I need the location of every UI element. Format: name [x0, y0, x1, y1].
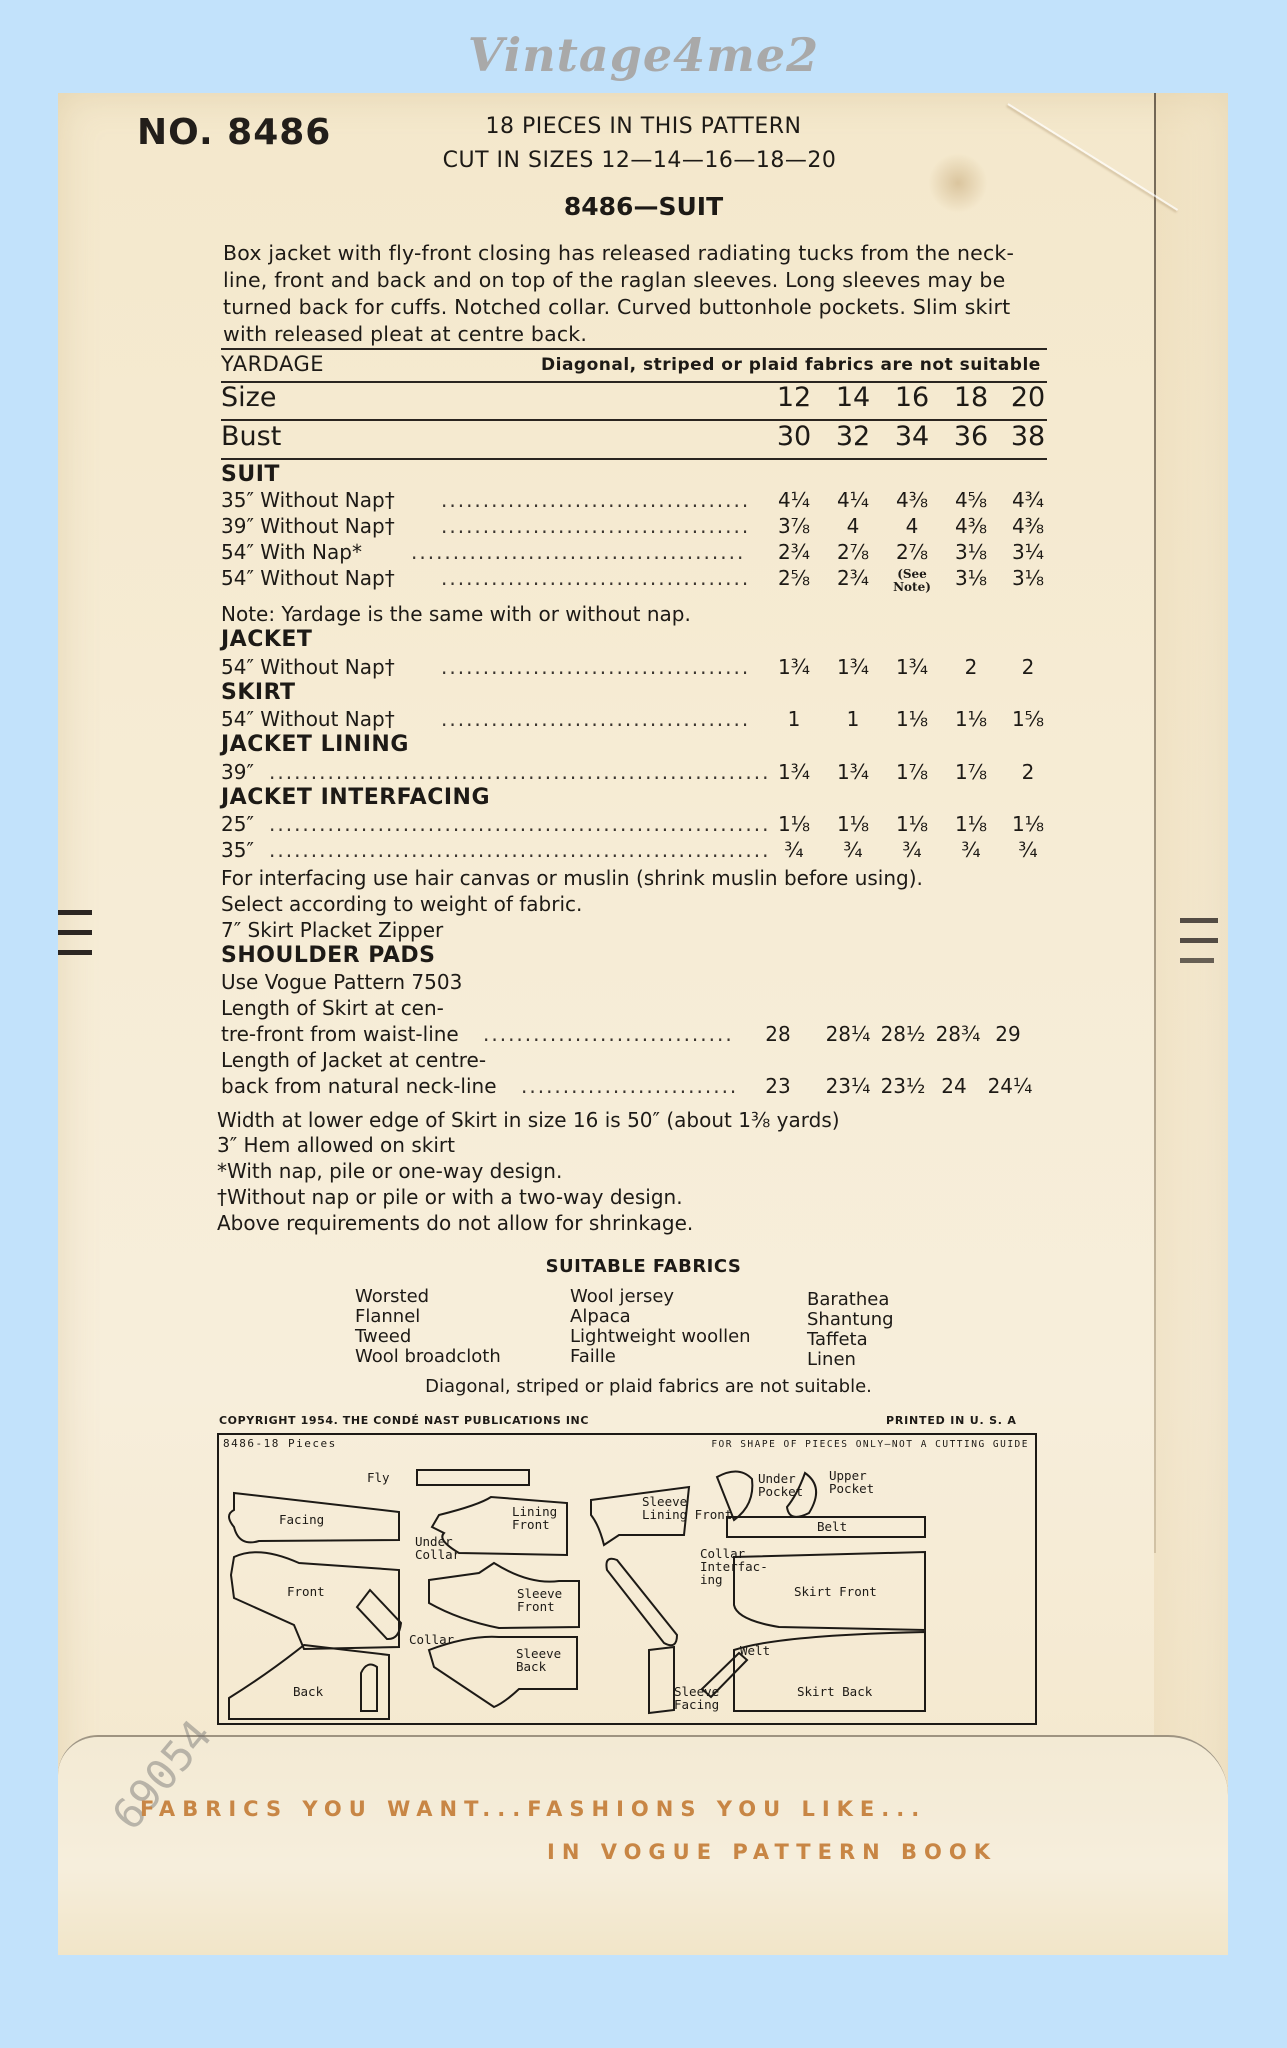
row-label: 54″ Without Nap† [221, 655, 395, 679]
binding-mark [58, 930, 92, 935]
slogan-line-2: IN VOGUE PATTERN BOOK [547, 1840, 997, 1864]
paper-edge-band [1154, 93, 1228, 1953]
size-row: Size 12 14 16 18 20 [221, 382, 1047, 418]
yardage-row: 54″ Without Nap† .......................… [221, 707, 1047, 735]
yardage-value: 2⅞ [885, 540, 939, 564]
section-title: JACKET LINING [221, 732, 409, 757]
diagram-title: 8486-18 Pieces [223, 1437, 337, 1450]
yardage-row: 39″ ....................................… [221, 760, 1047, 788]
size-value: 16 [885, 382, 939, 413]
leader-dots: ..................................... [441, 488, 781, 512]
yardage-value: 1¾ [767, 760, 821, 784]
note-text: Length of Jacket at centre- [221, 1048, 486, 1072]
yardage-value: ¾ [767, 838, 821, 862]
yardage-value: 4¼ [767, 488, 821, 512]
fabric-item: Flannel [355, 1307, 501, 1327]
piece-sleeve-front: Sleeve Front [517, 1587, 562, 1613]
section-title: SHOULDER PADS [221, 943, 435, 968]
size-label: Size [221, 382, 276, 413]
yardage-value: 3⅞ [767, 514, 821, 538]
fabric-item: Faille [570, 1347, 751, 1367]
piece-facing: Facing [279, 1513, 324, 1526]
yardage-value: 1¾ [826, 760, 880, 784]
length-value: 28¼ [821, 1022, 875, 1046]
jacket-length-label: Length of Jacket at centre- [221, 1048, 1047, 1076]
yardage-value: 2¾ [826, 566, 880, 590]
yardage-value: 2 [944, 655, 998, 679]
yardage-row: 54″ Without Nap† .......................… [221, 655, 1047, 683]
bust-label: Bust [221, 421, 281, 452]
fabric-item: Linen [807, 1350, 894, 1370]
section-title: SKIRT [221, 680, 296, 705]
row-label: 35″ Without Nap† [221, 488, 395, 512]
yardage-value: 4 [885, 514, 939, 538]
yardage-row: 54″ Without Nap† .......................… [221, 566, 1047, 594]
piece-collar-interfacing: Collar Interfac- ing [700, 1547, 768, 1586]
yardage-value: ¾ [885, 838, 939, 862]
suitable-fabrics-title: SUITABLE FABRICS [0, 1256, 1287, 1277]
note-text: Above requirements do not allow for shri… [217, 1211, 693, 1235]
fabric-item: Alpaca [570, 1307, 751, 1327]
yardage-value: 3⅛ [944, 540, 998, 564]
piece-belt: Belt [817, 1520, 847, 1533]
yardage-value: 4⅜ [944, 514, 998, 538]
yardage-value: ¾ [826, 838, 880, 862]
footnote: Width at lower edge of Skirt in size 16 … [217, 1108, 1043, 1136]
footnote: 3″ Hem allowed on skirt [217, 1133, 1043, 1161]
bust-value: 32 [826, 421, 880, 452]
pieces-count: 18 PIECES IN THIS PATTERN [0, 114, 1287, 139]
pattern-pieces-diagram: 8486-18 Pieces FOR SHAPE OF PIECES ONLY—… [217, 1433, 1037, 1725]
leader-dots: ........................................… [269, 812, 781, 836]
piece-sleeve-facing: Sleeve Facing [674, 1685, 719, 1711]
row-label: 39″ [221, 760, 254, 784]
nap-note: Note: Yardage is the same with or withou… [221, 602, 1047, 630]
yardage-row: 25″ ....................................… [221, 812, 1047, 840]
section-title: SUIT [221, 462, 280, 487]
piece-under-collar: Under Collar [415, 1535, 460, 1561]
watermark-logo: Vintage4me2 [0, 28, 1287, 82]
yardage-header-row: YARDAGE Diagonal, striped or plaid fabri… [221, 352, 1047, 380]
length-value: 23½ [876, 1074, 930, 1098]
note-text: Length of Skirt at cen- [221, 996, 444, 1020]
section-jacket-lining: JACKET LINING [221, 732, 1047, 760]
pattern-title: 8486—SUIT [0, 192, 1287, 221]
yardage-value: 2⅞ [826, 540, 880, 564]
row-label: 54″ Without Nap† [221, 566, 395, 590]
fabric-item: Tweed [355, 1327, 501, 1347]
section-jacket-interfacing: JACKET INTERFACING [221, 785, 1047, 813]
length-value: 24¼ [983, 1074, 1037, 1098]
section-title: JACKET [221, 627, 312, 652]
fabric-column: Barathea Shantung Taffeta Linen [807, 1290, 894, 1370]
sizes-line: CUT IN SIZES 12—14—16—18—20 [0, 148, 1283, 173]
fabric-column: Wool jersey Alpaca Lightweight woollen F… [570, 1287, 751, 1367]
yardage-row: 35″ ....................................… [221, 838, 1047, 866]
yardage-value: 1⅛ [944, 707, 998, 731]
row-label: 25″ [221, 812, 254, 836]
yardage-value: 2¾ [767, 540, 821, 564]
slogan-line-1: FABRICS YOU WANT...FASHIONS YOU LIKE... [140, 1797, 926, 1821]
piece-fly: Fly [367, 1471, 390, 1484]
table-rule [221, 348, 1047, 350]
length-value: 23¼ [821, 1074, 875, 1098]
yardage-value: ¾ [1001, 838, 1055, 862]
row-label: 39″ Without Nap† [221, 514, 395, 538]
yardage-value: 1⅝ [1001, 707, 1055, 731]
yardage-value: 4¾ [1001, 488, 1055, 512]
note-text: For interfacing use hair canvas or musli… [221, 866, 923, 890]
piece-skirt-front: Skirt Front [794, 1585, 877, 1598]
section-shoulder-pads: SHOULDER PADS [221, 943, 1047, 971]
note-text: 3″ Hem allowed on skirt [217, 1133, 455, 1157]
section-suit: SUIT [221, 462, 1047, 490]
pieces-outline-drawing [219, 1435, 1035, 1723]
piece-lining-front: Lining Front [512, 1505, 557, 1531]
leader-dots: ..................................... [441, 655, 781, 679]
length-value: 28½ [876, 1022, 930, 1046]
jacket-length-row: back from natural neck-line ............… [221, 1074, 1047, 1102]
length-value: 28 [751, 1022, 805, 1046]
yardage-value: 1 [826, 707, 880, 731]
piece-welt: Welt [740, 1644, 770, 1657]
fabric-item: Shantung [807, 1310, 894, 1330]
leader-dots: .......................... [521, 1074, 768, 1098]
yardage-value: 2 [1001, 760, 1055, 784]
leader-dots: ........................................ [411, 540, 781, 564]
leader-dots: ........................................… [269, 760, 781, 784]
size-value: 20 [1001, 382, 1055, 413]
bust-value: 34 [885, 421, 939, 452]
interfacing-note: Select according to weight of fabric. [221, 892, 1047, 920]
piece-upper-pocket: Upper Pocket [829, 1469, 874, 1495]
yardage-value: 4 [826, 514, 880, 538]
printed-in: PRINTED IN U. S. A [886, 1414, 1017, 1427]
skirt-length-label: Length of Skirt at cen- [221, 996, 1047, 1024]
yardage-value: 1⅛ [767, 812, 821, 836]
note-text: *With nap, pile or one-way design. [217, 1159, 562, 1183]
size-value: 12 [767, 382, 821, 413]
binding-mark [58, 910, 92, 915]
yardage-value: 4⅝ [944, 488, 998, 512]
yardage-row: 39″ Without Nap† .......................… [221, 514, 1047, 542]
fabric-item: Wool jersey [570, 1287, 751, 1307]
leader-dots: ........................................… [269, 838, 781, 862]
yardage-row: 54″ With Nap* ..........................… [221, 540, 1047, 568]
footnote: Above requirements do not allow for shri… [217, 1211, 1043, 1239]
length-value: 23 [751, 1074, 805, 1098]
note-text: †Without nap or pile or with a two-way d… [217, 1185, 683, 1209]
leader-dots: ..................................... [441, 566, 781, 590]
size-value: 14 [826, 382, 880, 413]
bust-row: Bust 30 32 34 36 38 [221, 421, 1047, 457]
note-text: Note: Yardage is the same with or withou… [221, 602, 691, 626]
bust-value: 30 [767, 421, 821, 452]
yardage-heading-note: Diagonal, striped or plaid fabrics are n… [541, 355, 1041, 375]
length-value: 29 [981, 1022, 1035, 1046]
size-value: 18 [944, 382, 998, 413]
interfacing-note: For interfacing use hair canvas or musli… [221, 866, 1047, 894]
row-label: 54″ Without Nap† [221, 707, 395, 731]
yardage-value: 2⅝ [767, 566, 821, 590]
yardage-value: 1⅛ [885, 707, 939, 731]
yardage-value: 1⅛ [944, 812, 998, 836]
note-text: Width at lower edge of Skirt in size 16 … [217, 1108, 840, 1132]
fabric-column: Worsted Flannel Tweed Wool broadcloth [355, 1287, 501, 1367]
yardage-value: 4⅜ [1001, 514, 1055, 538]
yardage-value: 1⅞ [885, 760, 939, 784]
length-value: 24 [927, 1074, 981, 1098]
note-text: 7″ Skirt Placket Zipper [221, 918, 443, 942]
yardage-value: 1⅛ [826, 812, 880, 836]
bust-value: 38 [1001, 421, 1055, 452]
yardage-value: 4¼ [826, 488, 880, 512]
bust-value: 36 [944, 421, 998, 452]
fabric-item: Barathea [807, 1290, 894, 1310]
pattern-description: Box jacket with fly-front closing has re… [223, 240, 1053, 348]
fabric-item: Taffeta [807, 1330, 894, 1350]
leader-dots: .............................. [483, 1022, 768, 1046]
skirt-length-row: tre-front from waist-line ..............… [221, 1022, 1047, 1050]
binding-mark [58, 950, 92, 955]
fold-line [1154, 93, 1156, 1553]
row-label: back from natural neck-line [221, 1074, 497, 1098]
section-jacket: JACKET [221, 627, 1047, 655]
yardage-value: 3¼ [1001, 540, 1055, 564]
yardage-heading: YARDAGE [221, 352, 324, 376]
piece-back: Back [293, 1685, 323, 1698]
yardage-value: 1⅛ [1001, 812, 1055, 836]
zipper-note: 7″ Skirt Placket Zipper [221, 918, 1047, 946]
piece-skirt-back: Skirt Back [797, 1685, 872, 1698]
section-title: JACKET INTERFACING [221, 785, 490, 810]
yardage-value: 1⅞ [944, 760, 998, 784]
note-text: Use Vogue Pattern 7503 [221, 970, 462, 994]
footnote: †Without nap or pile or with a two-way d… [217, 1185, 1043, 1213]
shoulder-pads-note: Use Vogue Pattern 7503 [221, 970, 1047, 998]
binding-mark [1180, 958, 1214, 963]
yardage-value: 1¾ [826, 655, 880, 679]
yardage-value: 4⅜ [885, 488, 939, 512]
table-rule [221, 458, 1047, 460]
leader-dots: ..................................... [441, 707, 781, 731]
fabric-item: Worsted [355, 1287, 501, 1307]
yardage-value: 1⅛ [885, 812, 939, 836]
yardage-value: 3⅛ [1001, 566, 1055, 590]
row-label: tre-front from waist-line [221, 1022, 459, 1046]
yardage-value: 1 [767, 707, 821, 731]
yardage-value: 1¾ [767, 655, 821, 679]
piece-collar: Collar [409, 1633, 454, 1646]
row-label: 35″ [221, 838, 254, 862]
see-note-value: (See Note) [885, 568, 939, 594]
binding-mark [1180, 918, 1218, 923]
row-label: 54″ With Nap* [221, 540, 362, 564]
diagram-disclaimer: FOR SHAPE OF PIECES ONLY—NOT A CUTTING G… [711, 1439, 1029, 1450]
yardage-value: 3⅛ [944, 566, 998, 590]
binding-mark [1180, 938, 1218, 943]
length-value: 28¾ [931, 1022, 985, 1046]
piece-sleeve-back: Sleeve Back [516, 1647, 561, 1673]
section-skirt: SKIRT [221, 680, 1047, 708]
footnote: *With nap, pile or one-way design. [217, 1159, 1043, 1187]
copyright: COPYRIGHT 1954. THE CONDÉ NAST PUBLICATI… [219, 1414, 589, 1427]
note-text: Select according to weight of fabric. [221, 892, 582, 916]
piece-front: Front [287, 1585, 325, 1598]
yardage-value: 2 [1001, 655, 1055, 679]
piece-under-pocket: Under Pocket [758, 1472, 803, 1498]
leader-dots: ..................................... [441, 514, 781, 538]
yardage-row: 35″ Without Nap† .......................… [221, 488, 1047, 516]
piece-sleeve-lining-front: Sleeve Lining Front [642, 1495, 732, 1521]
fabric-item: Wool broadcloth [355, 1347, 501, 1367]
fabrics-note: Diagonal, striped or plaid fabrics are n… [0, 1376, 1287, 1397]
fabric-item: Lightweight woollen [570, 1327, 751, 1347]
yardage-value: 1¾ [885, 655, 939, 679]
yardage-value: ¾ [944, 838, 998, 862]
